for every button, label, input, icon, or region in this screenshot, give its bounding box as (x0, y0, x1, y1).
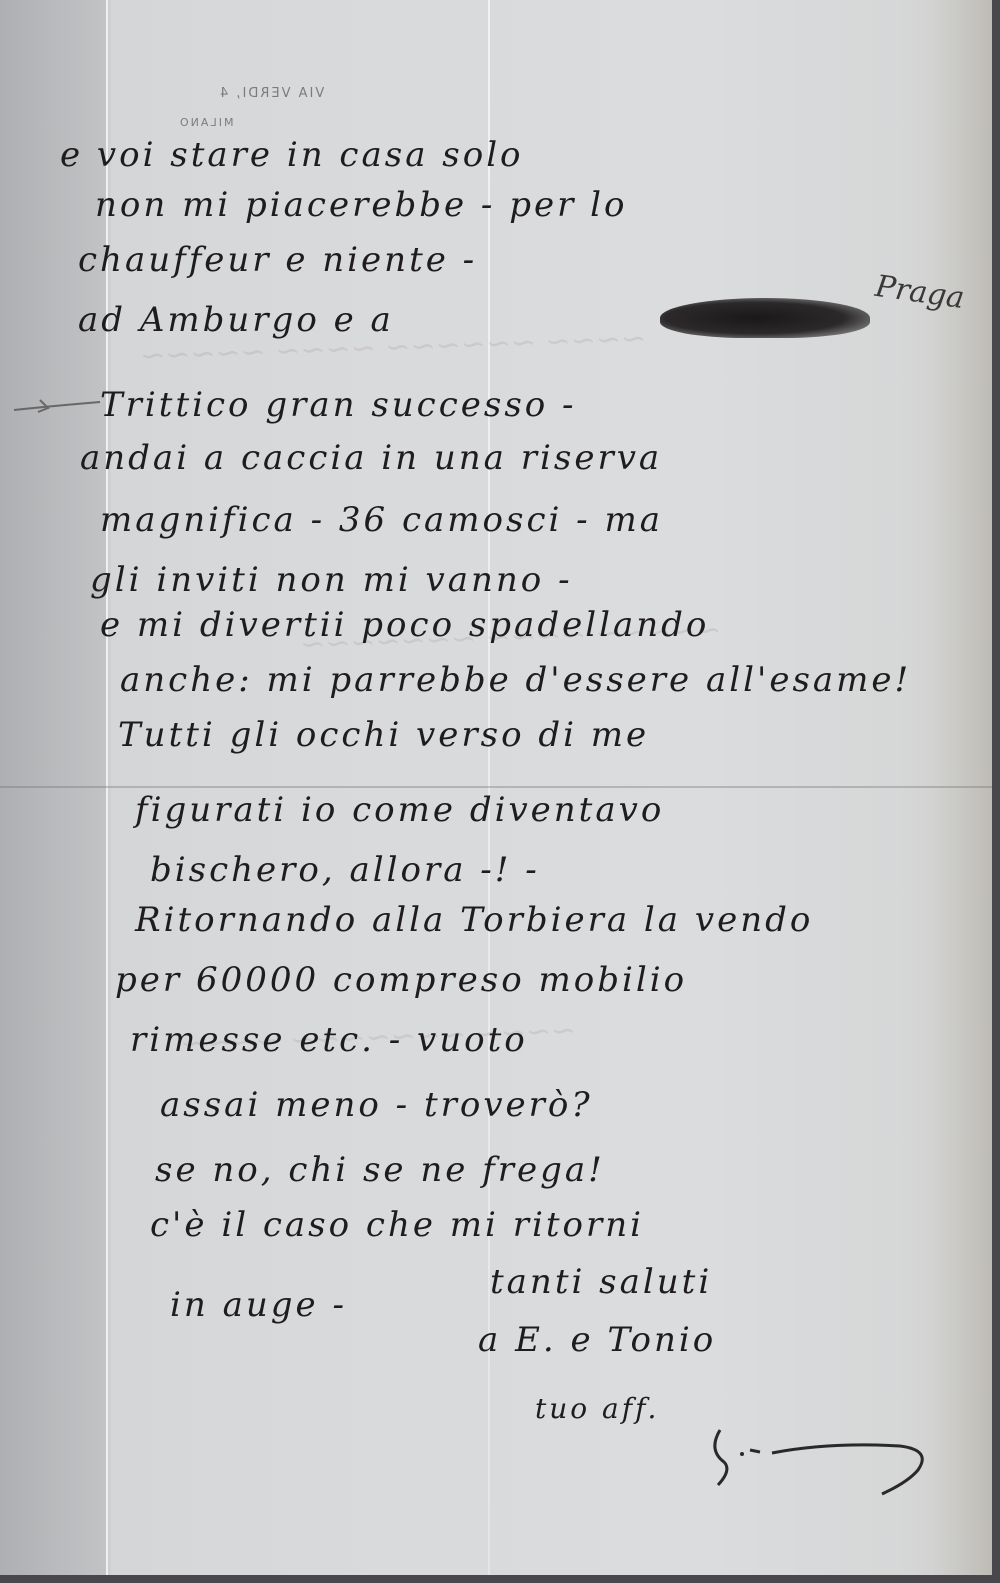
letter-line-16: rimesse etc. - vuoto (130, 1020, 528, 1060)
letter-line-4: ad Amburgo e a (78, 300, 394, 340)
closing-line-2: a E. e Tonio (478, 1320, 716, 1360)
letter-sheet: ~~~~ ~~~~~~ ~~~~ ~~~~~ ~~~~~ ~~~~ ~~~~~~… (0, 0, 992, 1575)
letter-line-15: per 60000 compreso mobilio (115, 960, 687, 1000)
closing-line-3: tuo aff. (535, 1392, 659, 1425)
letter-line-19: c'è il caso che mi ritorni (150, 1205, 644, 1245)
letter-line-12: figurati io come diventavo (135, 790, 664, 830)
letter-line-1: e voi stare in casa solo (60, 135, 524, 175)
letter-line-14: Ritornando alla Torbiera la vendo (135, 900, 813, 940)
signature (710, 1390, 940, 1500)
letter-line-18: se no, chi se ne frega! (155, 1150, 605, 1190)
letter-line-11: Tutti gli occhi verso di me (118, 715, 649, 755)
letter-line-7: magnifica - 36 camosci - ma (100, 500, 663, 540)
letter-line-6: andai a caccia in una riserva (80, 438, 662, 478)
letter-line-10: anche: mi parrebbe d'essere all'esame! (120, 660, 911, 700)
letter-line-5: Trittico gran successo - (100, 385, 577, 425)
letterhead-street: VIA VERDI, 4 (218, 86, 324, 101)
letter-line-3: chauffeur e niente - (78, 240, 477, 280)
letter-line-8: gli inviti non mi vanno - (90, 560, 573, 600)
letter-line-9: e mi divertii poco spadellando (100, 605, 709, 645)
letterhead-city: MILANO (178, 116, 234, 129)
letter-line-2: non mi piacerebbe - per lo (95, 185, 627, 225)
closing-line-1: tanti saluti (490, 1262, 712, 1302)
margin-arrow-icon (12, 398, 102, 414)
letter-line-17: assai meno - troverò? (160, 1085, 593, 1125)
ink-blot-struck-word (660, 298, 870, 338)
letter-line-13: bischero, allora -! - (150, 850, 540, 890)
letter-line-20: in auge - (170, 1285, 347, 1325)
horizontal-fold (0, 786, 992, 788)
